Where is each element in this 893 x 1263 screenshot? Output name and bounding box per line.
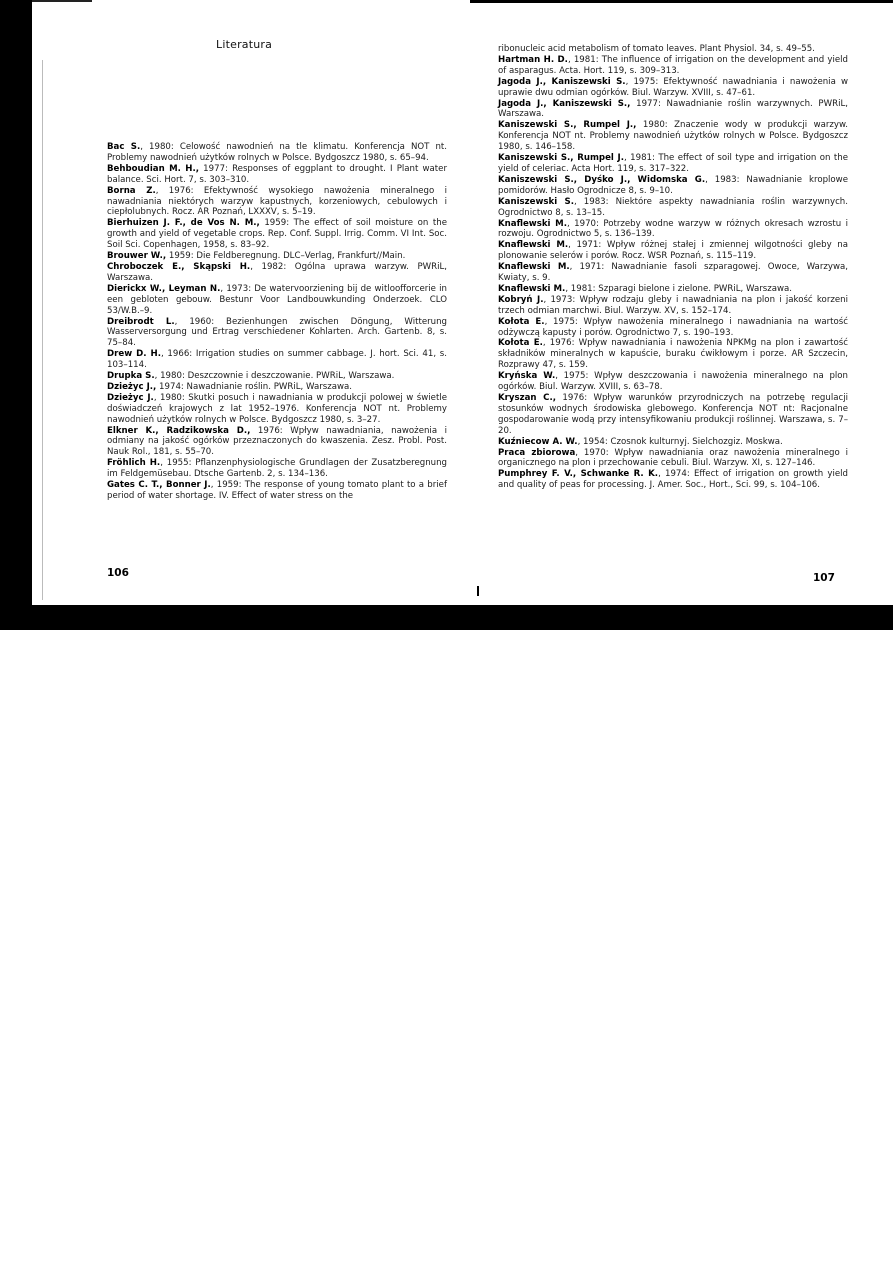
reference-authors: Fröhlich H. (107, 458, 160, 468)
reference-entry: Hartman H. D., 1981: The influence of ir… (498, 55, 848, 77)
reference-details: 1974: Nawadnianie roślin. PWRiL, Warszaw… (156, 382, 352, 392)
reference-details: , 1954: Czosnok kulturnyj. Sielchozgiz. … (578, 437, 783, 447)
reference-details: , 1980: Skutki posuch i nawadniania w pr… (107, 393, 447, 425)
page-edge-shadow (42, 60, 43, 600)
reference-details: , 1976: Efektywność wysokiego nawożenia … (107, 186, 447, 218)
reference-entry: Bac S., 1980: Celowość nawodnień na tle … (107, 142, 447, 164)
reference-authors: Kołota E. (498, 317, 545, 327)
reference-authors: Drupka S. (107, 371, 155, 381)
reference-authors: Kaniszewski S., Rumpel J. (498, 153, 624, 163)
reference-authors: Kryszan C., (498, 393, 556, 403)
reference-entry: Pumphrey F. V., Schwanke R. K., 1974: Ef… (498, 469, 848, 491)
reference-authors: Gates C. T., Bonner J. (107, 480, 211, 490)
scan-border-bottom (0, 605, 893, 630)
reference-authors: Jagoda J., Kaniszewski S. (498, 77, 626, 87)
reference-authors: Jagoda J., Kaniszewski S., (498, 99, 630, 109)
reference-authors: Kaniszewski S. (498, 197, 574, 207)
reference-authors: Dierickx W., Leyman N. (107, 284, 220, 294)
reference-entry: Kaniszewski S., Dyśko J., Widomska G., 1… (498, 175, 848, 197)
reference-authors: Kryńska W. (498, 371, 555, 381)
reference-authors: Hartman H. D. (498, 55, 568, 65)
reference-entry: Knaflewski M., 1971: Wpływ różnej stałej… (498, 240, 848, 262)
reference-entry: Knaflewski M., 1981: Szparagi bielone i … (498, 284, 848, 295)
reference-authors: Elkner K., Radzikowska D., (107, 426, 250, 436)
reference-entry: Drew D. H., 1966: Irrigation studies on … (107, 349, 447, 371)
scan-border-top-right (470, 0, 893, 3)
reference-details: ribonucleic acid metabolism of tomato le… (498, 44, 815, 54)
reference-entry: Kobryń J., 1973: Wpływ rodzaju gleby i n… (498, 295, 848, 317)
reference-entry: Dzieżyc J., 1980: Skutki posuch i nawadn… (107, 393, 447, 426)
reference-authors: Dreibrodt L. (107, 317, 175, 327)
reference-details: , 1975: Wpływ nawożenia mineralnego i na… (498, 317, 848, 338)
reference-entry: Kuźniecow A. W., 1954: Czosnok kulturnyj… (498, 437, 848, 448)
reference-entry: Jagoda J., Kaniszewski S., 1975: Efektyw… (498, 77, 848, 99)
reference-authors: Dzieżyc J., (107, 382, 156, 392)
reference-authors: Knaflewski M. (498, 240, 568, 250)
reference-authors: Knaflewski M. (498, 262, 570, 272)
reference-authors: Brouwer W., (107, 251, 166, 261)
reference-authors: Knaflewski M. (498, 219, 567, 229)
reference-entry: Kołota E., 1976: Wpływ nawadniania i naw… (498, 338, 848, 371)
reference-authors: Praca zbiorowa (498, 448, 575, 458)
reference-authors: Behboudian M. H., (107, 164, 199, 174)
reference-authors: Knaflewski M. (498, 284, 565, 294)
reference-entry: Kołota E., 1975: Wpływ nawożenia mineral… (498, 317, 848, 339)
reference-entry: Borna Z., 1976: Efektywność wysokiego na… (107, 186, 447, 219)
reference-authors: Bac S. (107, 142, 140, 152)
reference-entry: Gates C. T., Bonner J., 1959: The respon… (107, 480, 447, 502)
reference-authors: Kołota E. (498, 338, 543, 348)
reference-entry: Behboudian M. H., 1977: Responses of egg… (107, 164, 447, 186)
reference-entry: Kaniszewski S., Rumpel J., 1980: Znaczen… (498, 120, 848, 153)
scan-border-top-left (32, 0, 92, 2)
reference-authors: Bierhuizen J. F., de Vos N. M., (107, 218, 260, 228)
reference-entry: Dzieżyc J., 1974: Nawadnianie roślin. PW… (107, 382, 447, 393)
reference-details: , 1981: Szparagi bielone i zielone. PWRi… (565, 284, 792, 294)
reference-list-right: ribonucleic acid metabolism of tomato le… (498, 44, 848, 491)
reference-entry: Fröhlich H., 1955: Pflanzenphysiologisch… (107, 458, 447, 480)
reference-details: , 1980: Celowość nawodnień na tle klimat… (107, 142, 447, 163)
reference-authors: Chroboczek E., Skąpski H. (107, 262, 250, 272)
reference-entry: Bierhuizen J. F., de Vos N. M., 1959: Th… (107, 218, 447, 251)
reference-entry: Brouwer W., 1959: Die Feldberegnung. DLC… (107, 251, 447, 262)
page-number-right: 107 (813, 572, 835, 584)
reference-list-left: Bac S., 1980: Celowość nawodnień na tle … (107, 142, 447, 502)
reference-entry: ribonucleic acid metabolism of tomato le… (498, 44, 848, 55)
reference-authors: Kaniszewski S., Dyśko J., Widomska G. (498, 175, 705, 185)
reference-entry: Kaniszewski S., Rumpel J., 1981: The eff… (498, 153, 848, 175)
reference-entry: Elkner K., Radzikowska D., 1976: Wpływ n… (107, 426, 447, 459)
reference-authors: Borna Z. (107, 186, 156, 196)
gutter-mark (477, 586, 479, 596)
reference-details: 1959: Die Feldberegnung. DLC–Verlag, Fra… (166, 251, 405, 261)
reference-entry: Kryńska W., 1975: Wpływ deszczowania i n… (498, 371, 848, 393)
reference-details: , 1976: Wpływ nawadniania i nawożenia NP… (498, 338, 848, 370)
page-number-left: 106 (107, 567, 129, 579)
reference-entry: Kryszan C., 1976: Wpływ warunków przyrod… (498, 393, 848, 437)
reference-authors: Pumphrey F. V., Schwanke R. K. (498, 469, 658, 479)
reference-entry: Praca zbiorowa, 1970: Wpływ nawadniania … (498, 448, 848, 470)
reference-authors: Dzieżyc J. (107, 393, 154, 403)
reference-authors: Kobryń J. (498, 295, 543, 305)
reference-authors: Kuźniecow A. W. (498, 437, 578, 447)
reference-entry: Knaflewski M., 1970: Potrzeby wodne warz… (498, 219, 848, 241)
reference-details: , 1973: Wpływ rodzaju gleby i nawadniani… (498, 295, 848, 316)
reference-entry: Dierickx W., Leyman N., 1973: De watervo… (107, 284, 447, 317)
reference-entry: Drupka S., 1980: Deszczownie i deszczowa… (107, 371, 447, 382)
reference-authors: Drew D. H. (107, 349, 161, 359)
reference-details: , 1980: Deszczownie i deszczowanie. PWRi… (155, 371, 395, 381)
scan-border-left (0, 0, 32, 630)
reference-authors: Kaniszewski S., Rumpel J., (498, 120, 636, 130)
reference-entry: Chroboczek E., Skąpski H., 1982: Ogólna … (107, 262, 447, 284)
reference-entry: Dreibrodt L., 1960: Bezienhungen zwische… (107, 317, 447, 350)
reference-entry: Kaniszewski S., 1983: Niektóre aspekty n… (498, 197, 848, 219)
reference-entry: Knaflewski M., 1971: Nawadnianie fasoli … (498, 262, 848, 284)
running-head: Literatura (216, 38, 272, 51)
reference-entry: Jagoda J., Kaniszewski S., 1977: Nawadni… (498, 99, 848, 121)
